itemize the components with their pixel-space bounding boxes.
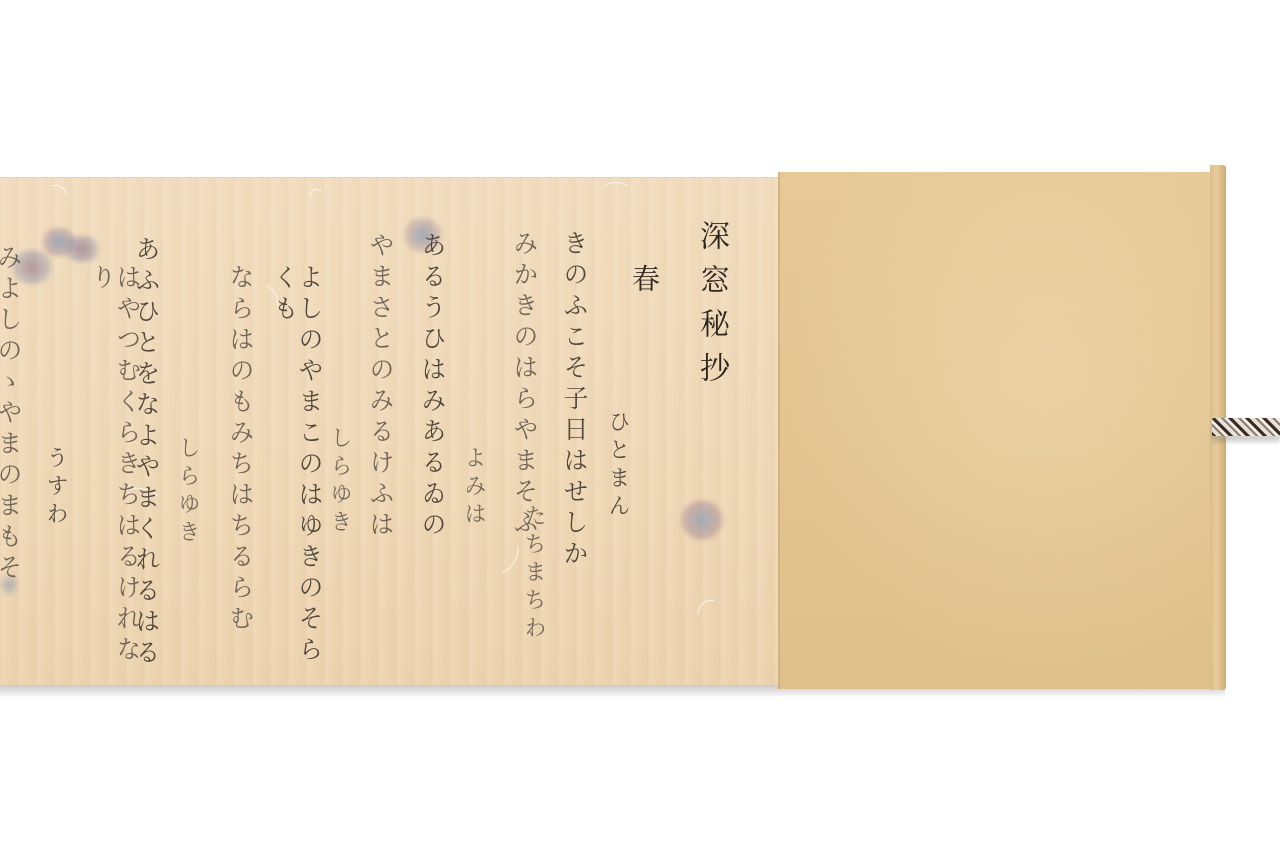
text-column: しらゆき [176, 436, 198, 548]
text-column: ひとまん [606, 410, 628, 522]
paper-fiber [600, 182, 632, 204]
text-column: みかきのはらやまそふ [512, 230, 537, 540]
text-column: よしのやまこのはゆきのそらくも [272, 264, 322, 685]
text-column: たちまちわ [522, 504, 544, 644]
braided-tie-cord [1212, 418, 1280, 436]
scroll-title: 深窓秘抄 [696, 220, 726, 396]
text-column: よみは [462, 446, 484, 530]
text-column: しらゆき [328, 426, 350, 538]
text-column: やまさとのみるけふは [368, 232, 393, 542]
text-column: みよしのゝやまのまもそ [0, 244, 21, 585]
paper-fiber [690, 593, 742, 646]
text-column: きのふこそ子日はせしか [562, 230, 587, 571]
text-column: あるうひはみあるゐの [420, 232, 445, 542]
text-column: ならはのもみちはちるらむ [228, 264, 253, 636]
paper-fiber [303, 186, 338, 233]
text-column: はやつむくらきちはるけれなり [90, 264, 140, 685]
paper-fiber [34, 180, 73, 221]
scroll-cover-mounting [778, 172, 1220, 689]
handscroll-text-sheet: 深窓秘抄 春 ひとまん きのふこそ子日はせしか みかきのはらやまそふ たちまちわ… [0, 177, 778, 685]
section-heading-spring: 春 [630, 264, 658, 298]
text-column: うすわ [44, 446, 66, 530]
pigment-stain [680, 500, 724, 540]
pigment-stain [62, 236, 102, 262]
